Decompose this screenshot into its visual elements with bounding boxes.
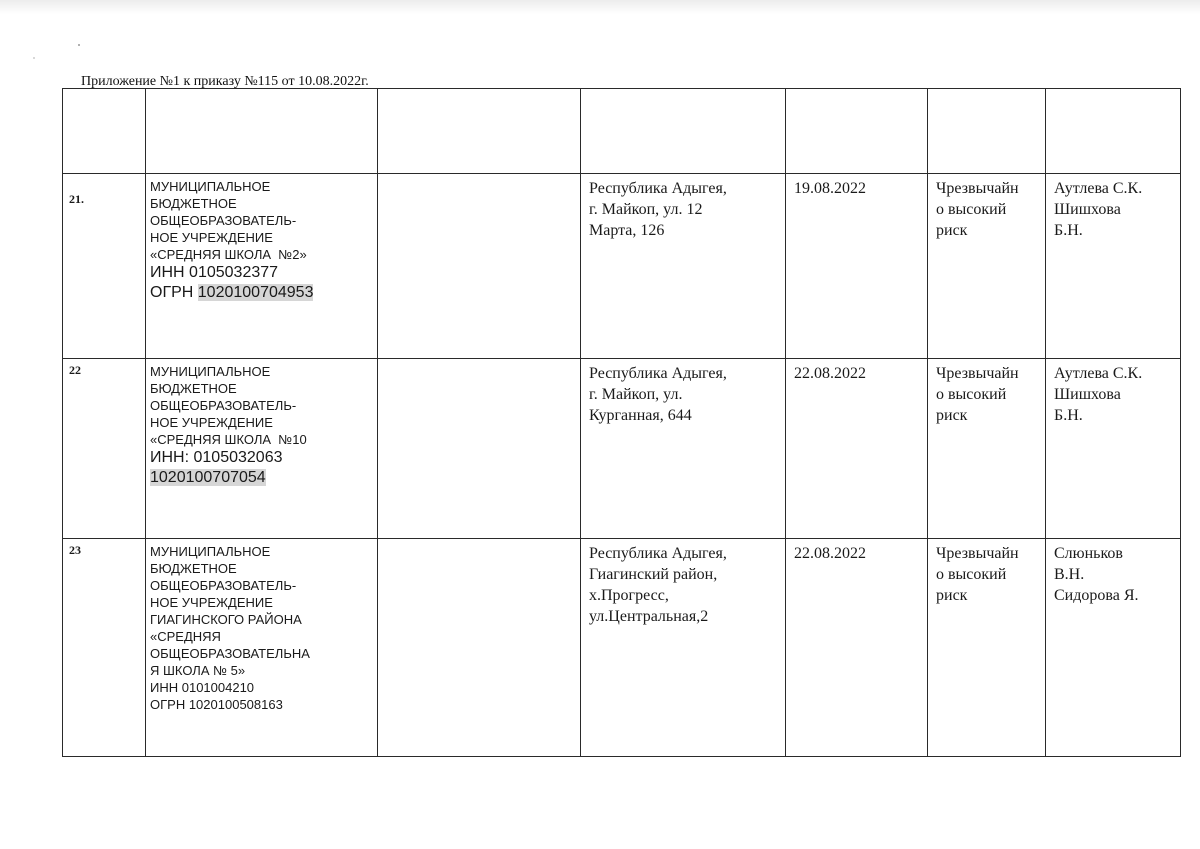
inspectors-cell: Аутлева С.К. Шишхова Б.Н. [1046,174,1181,359]
ogrn-value-highlighted: 1020100704953 [198,284,314,301]
extra-cell [378,359,581,539]
row-number: 21. [63,174,146,359]
inspectors-text: Аутлева С.К. Шишхова Б.Н. [1054,178,1174,241]
risk-level: Чрезвычайн о высокий риск [936,543,1039,606]
header-cell [1046,89,1181,174]
organization-cell: МУНИЦИПАЛЬНОЕ БЮДЖЕТНОЕ ОБЩЕОБРАЗОВАТЕЛЬ… [146,174,378,359]
org-name-line: «СРЕДНЯЯ ШКОЛА №10 [150,431,371,448]
table-row: 21. МУНИЦИПАЛЬНОЕ БЮДЖЕТНОЕ ОБЩЕОБРАЗОВА… [63,174,1181,359]
ogrn-value-highlighted: 1020100707054 [150,469,266,486]
org-ogrn: ОГРН 1020100508163 [150,696,371,713]
header-cell [928,89,1046,174]
organization-cell: МУНИЦИПАЛЬНОЕ БЮДЖЕТНОЕ ОБЩЕОБРАЗОВАТЕЛЬ… [146,539,378,757]
header-cell [146,89,378,174]
ogrn-label: ОГРН [150,697,189,712]
table-row: 22 МУНИЦИПАЛЬНОЕ БЮДЖЕТНОЕ ОБЩЕОБРАЗОВАТ… [63,359,1181,539]
org-name-line: ОБЩЕОБРАЗОВАТЕЛЬНА [150,645,371,662]
org-name-line: МУНИЦИПАЛЬНОЕ [150,178,371,195]
row-number: 23 [63,539,146,757]
org-ogrn: ОГРН 1020100704953 [150,283,371,303]
org-name-line: «СРЕДНЯЯ [150,628,371,645]
address-cell: Республика Адыгея, г. Майкоп, ул. 12 Мар… [581,174,786,359]
scan-edge-shadow [0,0,1200,14]
date-cell: 22.08.2022 [786,359,928,539]
risk-level: Чрезвычайн о высокий риск [936,178,1039,241]
org-inn: ИНН 0105032377 [150,263,371,283]
extra-cell [378,539,581,757]
org-name-line: НОЕ УЧРЕЖДЕНИЕ [150,414,371,431]
address-cell: Республика Адыгея, Гиагинский район, х.П… [581,539,786,757]
inspectors-cell: Аутлева С.К. Шишхова Б.Н. [1046,359,1181,539]
org-inn: ИНН 0101004210 [150,679,371,696]
org-name-line: МУНИЦИПАЛЬНОЕ [150,543,371,560]
scan-speck [33,57,35,59]
inspection-date: 22.08.2022 [794,543,921,564]
risk-cell: Чрезвычайн о высокий риск [928,359,1046,539]
date-cell: 19.08.2022 [786,174,928,359]
header-cell [63,89,146,174]
org-name-line: ОБЩЕОБРАЗОВАТЕЛЬ- [150,212,371,229]
address-text: Республика Адыгея, Гиагинский район, х.П… [589,543,779,627]
org-ogrn: 1020100707054 [150,468,371,488]
org-name-line: ОБЩЕОБРАЗОВАТЕЛЬ- [150,397,371,414]
inspection-date: 22.08.2022 [794,363,921,384]
org-name-line: МУНИЦИПАЛЬНОЕ [150,363,371,380]
org-name-line: НОЕ УЧРЕЖДЕНИЕ [150,229,371,246]
risk-level: Чрезвычайн о высокий риск [936,363,1039,426]
inspectors-text: Аутлева С.К. Шишхова Б.Н. [1054,363,1174,426]
org-inn: ИНН: 0105032063 [150,448,371,468]
scan-speck [78,44,80,46]
date-cell: 22.08.2022 [786,539,928,757]
table-row: 23 МУНИЦИПАЛЬНОЕ БЮДЖЕТНОЕ ОБЩЕОБРАЗОВАТ… [63,539,1181,757]
inspectors-cell: Слюньков В.Н. Сидорова Я. [1046,539,1181,757]
ogrn-label: ОГРН [150,284,198,301]
table-header-row [63,89,1181,174]
extra-cell [378,174,581,359]
address-text: Республика Адыгея, г. Майкоп, ул. 12 Мар… [589,178,779,241]
header-cell [786,89,928,174]
org-name-line: БЮДЖЕТНОЕ [150,380,371,397]
org-name-line: ОБЩЕОБРАЗОВАТЕЛЬ- [150,577,371,594]
header-cell [378,89,581,174]
org-name-line: Я ШКОЛА № 5» [150,662,371,679]
org-name-line: БЮДЖЕТНОЕ [150,195,371,212]
org-name-line: НОЕ УЧРЕЖДЕНИЕ [150,594,371,611]
risk-cell: Чрезвычайн о высокий риск [928,539,1046,757]
risk-cell: Чрезвычайн о высокий риск [928,174,1046,359]
address-text: Республика Адыгея, г. Майкоп, ул. Курган… [589,363,779,426]
ogrn-value: 1020100508163 [189,697,283,712]
inspection-date: 19.08.2022 [794,178,921,199]
org-name-line: ГИАГИНСКОГО РАЙОНА [150,611,371,628]
row-number: 22 [63,359,146,539]
inspection-schedule-table: 21. МУНИЦИПАЛЬНОЕ БЮДЖЕТНОЕ ОБЩЕОБРАЗОВА… [62,88,1181,757]
org-name-line: «СРЕДНЯЯ ШКОЛА №2» [150,246,371,263]
org-name-line: БЮДЖЕТНОЕ [150,560,371,577]
inspectors-text: Слюньков В.Н. Сидорова Я. [1054,543,1174,606]
header-cell [581,89,786,174]
address-cell: Республика Адыгея, г. Майкоп, ул. Курган… [581,359,786,539]
organization-cell: МУНИЦИПАЛЬНОЕ БЮДЖЕТНОЕ ОБЩЕОБРАЗОВАТЕЛЬ… [146,359,378,539]
